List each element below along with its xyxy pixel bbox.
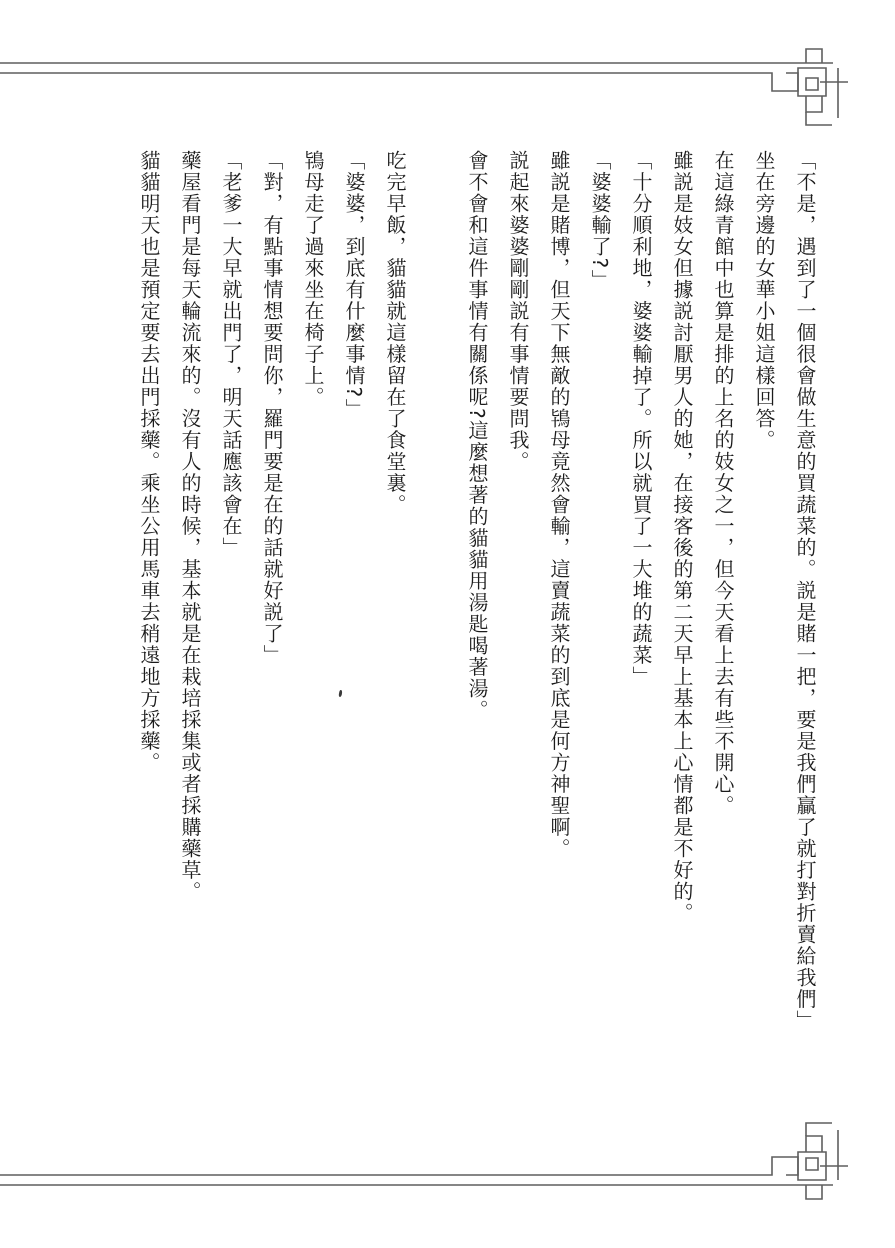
paragraph-dialogue: 「十分順利地，婆婆輸掉了。所以就買了一大堆的蔬菜」 [620,150,661,1095]
paragraph-dialogue: 「婆婆輸了?」 [579,150,620,1095]
paragraph-dialogue: 「婆婆，到底有什麼事情?」 [333,150,374,1095]
paragraph-dialogue: 「對，有點事情想要問你，羅門要是在的話就好説了」 [251,150,292,1095]
vertical-text-block: 「不是，遇到了一個很會做生意的買蔬菜的。説是賭一把，要是我們贏了就打對折賣給我們… [128,150,825,1095]
paragraph-narration: 貓貓明天也是預定要去出門採藥。乘坐公用馬車去稍遠地方採藥。 [128,150,169,1095]
paragraph-narration: 坐在旁邊的女華小姐這樣回答。 [743,150,784,1095]
paragraph-dialogue: 「老爹一大早就出門了，明天話應該會在」 [210,150,251,1095]
paragraph-narration: 鴇母走了過來坐在椅子上。 [292,150,333,1095]
paragraph-dialogue: 「不是，遇到了一個很會做生意的買蔬菜的。説是賭一把，要是我們贏了就打對折賣給我們… [784,150,825,1095]
paragraph-narration: 雖説是妓女但據説討厭男人的她，在接客後的第二天早上基本上心情都是不好的。 [661,150,702,1095]
paragraph-narration: 在這綠青館中也算是排的上名的妓女之一，但今天看上去有些不開心。 [702,150,743,1095]
paragraph-narration: 藥屋看門是每天輪流來的。沒有人的時候，基本就是在栽培採集或者採購藥草。 [169,150,210,1095]
paragraph-narration: 會不會和這件事情有關係呢?這麼想著的貓貓用湯匙喝著湯。 [456,150,497,1095]
top-border-fret-ornament [0,48,895,128]
paragraph-narration: 吃完早飯，貓貓就這樣留在了食堂裏。 [374,150,415,1095]
paragraph-narration: 雖説是賭博，但天下無敵的鴇母竟然會輸，這賣蔬菜的到底是何方神聖啊。 [538,150,579,1095]
paragraph-narration: 説起來婆婆剛剛説有事情要問我。 [497,150,538,1095]
blank-column-spacer [415,150,456,1095]
book-page: 「不是，遇到了一個很會做生意的買蔬菜的。説是賭一把，要是我們贏了就打對折賣給我們… [0,0,895,1248]
bottom-border-fret-ornament [0,1120,895,1200]
